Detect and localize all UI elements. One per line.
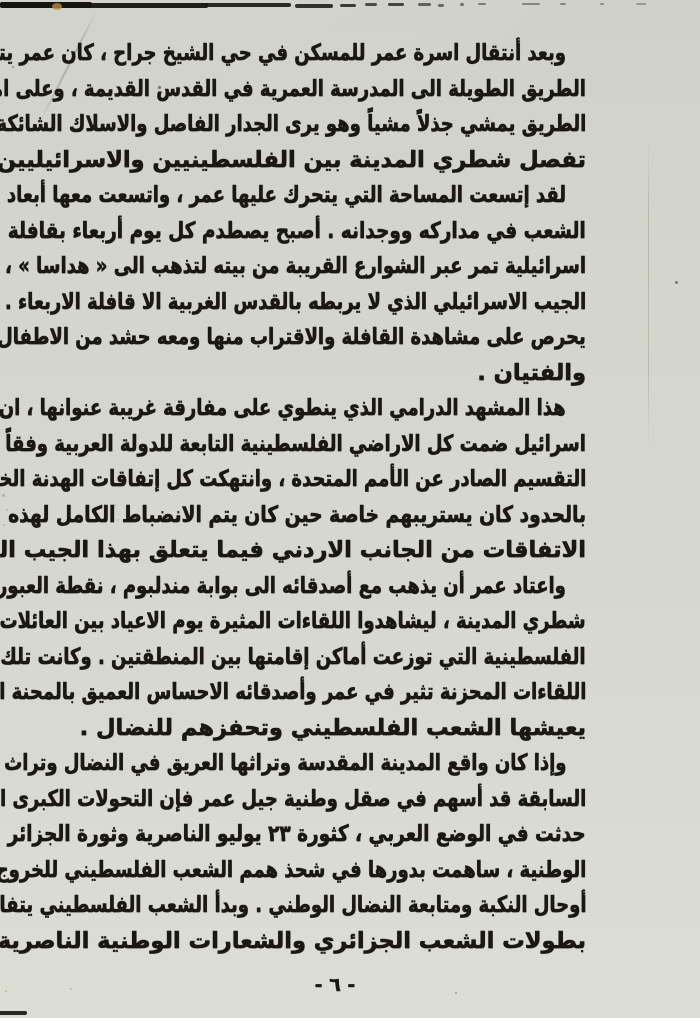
scan-edge-segment xyxy=(636,3,646,5)
text-line-ink: الاتفاقات من الجانب الاردني فيما يتعلق ب… xyxy=(0,533,586,569)
text-line-ink: الجيب الاسرائيلي الذي لا يربطه بالقدس ال… xyxy=(0,285,586,321)
scan-edge-segment xyxy=(478,3,486,5)
scan-edge-segment xyxy=(522,3,540,5)
text-line: يعيشها الشعب الفلسطيني وتحفزهم للنضال . xyxy=(8,711,586,747)
text-line: الفلسطينية التي توزعت أماكن إقامتها بين … xyxy=(8,640,586,676)
text-line-ink: تفصل شطري المدينة بين الفلسطينيين والاسر… xyxy=(0,143,586,179)
scan-edge-segment xyxy=(0,2,92,8)
text-line: هذا المشهد الدرامي الذي ينطوي على مفارقة… xyxy=(8,391,586,427)
text-line-ink: الوطنية ، ساهمت بدورها في شحذ همم الشعب … xyxy=(0,853,586,889)
text-line: التقسيم الصادر عن الأمم المتحدة ، وانتهك… xyxy=(8,462,586,498)
text-line: الاتفاقات من الجانب الاردني فيما يتعلق ب… xyxy=(8,533,586,569)
paragraph: هذا المشهد الدرامي الذي ينطوي على مفارقة… xyxy=(8,391,586,569)
scan-edge-segment xyxy=(365,3,377,6)
text-line: الطريق يمشي جذلاً مشياً وهو يرى الجدار ا… xyxy=(8,107,586,143)
text-line-ink: بالحدود كان يستريبهم خاصة حين كان يتم ال… xyxy=(8,498,586,534)
text-line: يحرص على مشاهدة القافلة والاقتراب منها و… xyxy=(8,320,586,356)
text-line-ink: لقد إتسعت المساحة التي يتحرك عليها عمر ،… xyxy=(0,178,566,214)
paragraph: وإذا كان واقع المدينة المقدسة وتراثها ال… xyxy=(8,746,586,959)
text-line: شطري المدينة ، ليشاهدوا اللقاءات المثيرة… xyxy=(8,604,586,640)
text-line: تفصل شطري المدينة بين الفلسطينيين والاسر… xyxy=(8,143,586,179)
text-line-ink: وبعد أنتقال اسرة عمر للمسكن في حي الشيخ … xyxy=(0,36,566,72)
page-number: - ٦ - xyxy=(0,974,670,996)
document-page: وبعد أنتقال اسرة عمر للمسكن في حي الشيخ … xyxy=(0,0,700,1018)
text-line-ink: وإذا كان واقع المدينة المقدسة وتراثها ال… xyxy=(0,746,566,782)
page-text: وبعد أنتقال اسرة عمر للمسكن في حي الشيخ … xyxy=(8,36,586,959)
paper-crease-vertical xyxy=(648,140,649,452)
paragraph: وبعد أنتقال اسرة عمر للمسكن في حي الشيخ … xyxy=(8,36,586,178)
text-line-ink: الشعب في مداركه ووجدانه . أصبح يصطدم كل … xyxy=(8,214,586,250)
text-line: الجيب الاسرائيلي الذي لا يربطه بالقدس ال… xyxy=(8,285,586,321)
text-line-ink: التقسيم الصادر عن الأمم المتحدة ، وانتهك… xyxy=(0,462,586,498)
ink-speck xyxy=(675,281,678,284)
text-line-ink: هذا المشهد الدرامي الذي ينطوي على مفارقة… xyxy=(0,391,566,427)
text-line-ink: أوحال النكبة ومتابعة النضال الوطني . وبد… xyxy=(0,888,586,924)
text-line: واعتاد عمر أن يذهب مع أصدقائه الى بوابة … xyxy=(8,569,586,605)
text-line: حدثت في الوضع العربي ، كثورة ٢٣ يوليو ال… xyxy=(8,817,586,853)
scan-edge-segment xyxy=(438,4,444,7)
ink-speck xyxy=(52,3,62,10)
scan-edge-segment xyxy=(600,3,604,5)
text-line: والفتيان . xyxy=(8,356,586,392)
text-line: الشعب في مداركه ووجدانه . أصبح يصطدم كل … xyxy=(8,214,586,250)
text-line-ink: بطولات الشعب الجزائري والشعارات الوطنية … xyxy=(0,924,586,960)
text-line: اسرائيلية تمر عبر الشوارع القريبة من بيت… xyxy=(8,249,586,285)
text-line: اللقاءات المحزنة تثير في عمر وأصدقائه ال… xyxy=(8,675,586,711)
text-line-ink: حدثت في الوضع العربي ، كثورة ٢٣ يوليو ال… xyxy=(8,817,586,853)
text-line-ink: شطري المدينة ، ليشاهدوا اللقاءات المثيرة… xyxy=(0,604,586,640)
paragraph: لقد إتسعت المساحة التي يتحرك عليها عمر ،… xyxy=(8,178,586,391)
text-line: بطولات الشعب الجزائري والشعارات الوطنية … xyxy=(8,924,586,960)
text-line: وإذا كان واقع المدينة المقدسة وتراثها ال… xyxy=(8,746,586,782)
text-line-ink: اسرائيل ضمت كل الاراضي الفلسطينية التابع… xyxy=(0,427,586,463)
scan-edge-segment xyxy=(388,3,404,6)
scan-edge-bottom-left xyxy=(0,1011,27,1015)
scan-edge-segment xyxy=(340,4,356,7)
scan-edge-segment xyxy=(560,3,566,5)
text-line-ink: يحرص على مشاهدة القافلة والاقتراب منها و… xyxy=(0,320,586,356)
text-line: اسرائيل ضمت كل الاراضي الفلسطينية التابع… xyxy=(8,427,586,463)
text-line-ink: يعيشها الشعب الفلسطيني وتحفزهم للنضال . xyxy=(80,711,586,747)
scan-edge-segment xyxy=(205,3,291,7)
text-line-ink: واعتاد عمر أن يذهب مع أصدقائه الى بوابة … xyxy=(0,569,566,605)
text-line: وبعد أنتقال اسرة عمر للمسكن في حي الشيخ … xyxy=(8,36,586,72)
text-line-ink: اللقاءات المحزنة تثير في عمر وأصدقائه ال… xyxy=(0,675,586,711)
text-line-ink: والفتيان . xyxy=(477,356,586,392)
text-line-ink: اسرائيلية تمر عبر الشوارع القريبة من بيت… xyxy=(0,249,586,285)
scan-edge-segment xyxy=(418,3,431,6)
text-line: أوحال النكبة ومتابعة النضال الوطني . وبد… xyxy=(8,888,586,924)
text-line: بالحدود كان يستريبهم خاصة حين كان يتم ال… xyxy=(8,498,586,534)
text-line: السابقة قد أسهم في صقل وطنية جيل عمر فإن… xyxy=(8,782,586,818)
text-line: الطريق الطويلة الى المدرسة العمرية في ال… xyxy=(8,72,586,108)
text-line: لقد إتسعت المساحة التي يتحرك عليها عمر ،… xyxy=(8,178,586,214)
scan-edge-segment xyxy=(295,4,333,8)
scan-edge-segment xyxy=(88,3,208,8)
paragraph: واعتاد عمر أن يذهب مع أصدقائه الى بوابة … xyxy=(8,569,586,747)
text-line: الوطنية ، ساهمت بدورها في شحذ همم الشعب … xyxy=(8,853,586,889)
text-line-ink: الطريق الطويلة الى المدرسة العمرية في ال… xyxy=(0,72,586,108)
text-line-ink: الفلسطينية التي توزعت أماكن إقامتها بين … xyxy=(1,640,586,676)
text-line-ink: الطريق يمشي جذلاً مشياً وهو يرى الجدار ا… xyxy=(0,107,586,143)
scan-edge-segment xyxy=(460,3,464,6)
text-line-ink: السابقة قد أسهم في صقل وطنية جيل عمر فإن… xyxy=(0,782,586,818)
